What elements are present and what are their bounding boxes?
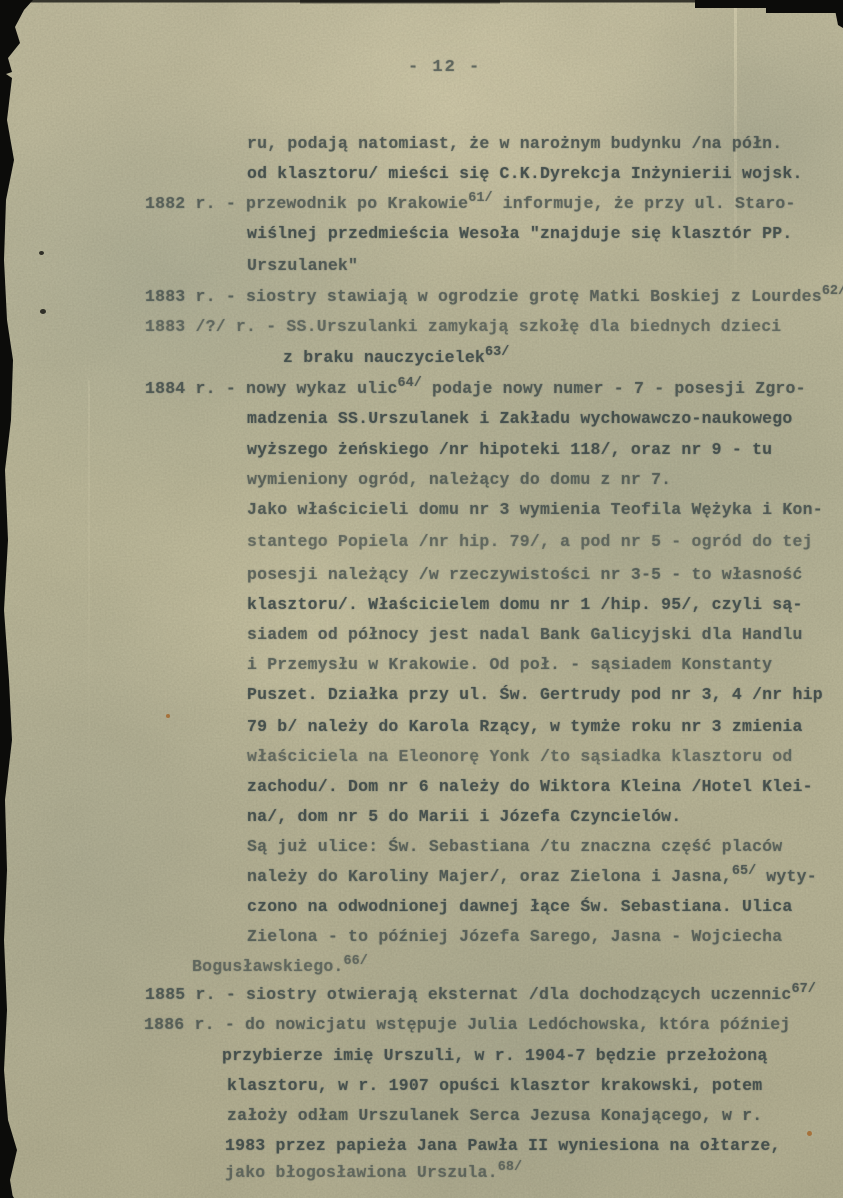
text-line: 1883 r. - siostry stawiają w ogrodzie gr… — [145, 287, 843, 309]
text-line: założy odłam Urszulanek Serca Jezusa Kon… — [227, 1106, 762, 1126]
ink-speck — [39, 251, 44, 255]
text-line: klasztoru/. Właścicielem domu nr 1 /hip.… — [247, 595, 803, 615]
text-line: i Przemysłu w Krakowie. Od poł. - sąsiad… — [247, 655, 772, 675]
text-line: wyższego żeńskiego /nr hipoteki 118/, or… — [247, 440, 772, 460]
text-line: 79 b/ należy do Karola Rzący, w tymże ro… — [247, 717, 803, 737]
ink-speck — [40, 309, 46, 314]
text-line: zachodu/. Dom nr 6 należy do Wiktora Kle… — [247, 777, 813, 797]
text-line: madzenia SS.Urszulanek i Zakładu wychowa… — [247, 409, 793, 429]
typewritten-text-block: ru, podają natomiast, że w narożnym budy… — [0, 0, 843, 1198]
text-line: czono na odwodnionej dawnej łące Św. Seb… — [247, 897, 793, 917]
footnote-mark: 65/ — [732, 864, 756, 879]
text-line: 1883 /?/ r. - SS.Urszulanki zamykają szk… — [145, 317, 781, 337]
footnote-mark: 62/ — [822, 284, 843, 299]
text-line: posesji należący /w rzeczywistości nr 3-… — [247, 565, 803, 585]
text-line: 1884 r. - nowy wykaz ulic64/ podaje nowy… — [145, 379, 806, 401]
text-line: siadem od północy jest nadal Bank Galicy… — [247, 625, 803, 645]
text-line: ru, podają natomiast, że w narożnym budy… — [247, 134, 782, 154]
text-line: 1886 r. - do nowicjatu wstępuje Julia Le… — [144, 1015, 791, 1035]
footnote-mark: 66/ — [344, 954, 368, 969]
text-line: od klasztoru/ mieści się C.K.Dyrekcja In… — [247, 164, 803, 184]
text-line: stantego Popiela /nr hip. 79/, a pod nr … — [247, 532, 813, 552]
footnote-mark: 63/ — [485, 345, 509, 360]
text-line: właściciela na Eleonorę Yonk /to sąsiadk… — [247, 747, 793, 767]
footnote-mark: 67/ — [792, 982, 816, 997]
scanned-typewritten-page: - 12 - ru, podają natomiast, że w narożn… — [0, 0, 843, 1198]
text-line: przybierze imię Urszuli, w r. 1904-7 będ… — [222, 1046, 768, 1066]
text-line: jako błogosławiona Urszula.68/ — [225, 1163, 522, 1185]
text-line: Jako właścicieli domu nr 3 wymienia Teof… — [247, 500, 823, 520]
rust-fleck — [166, 714, 170, 718]
text-line: Są już ulice: Św. Sebastiana /tu znaczna… — [247, 837, 782, 857]
text-line: Zielona - to później Józefa Sarego, Jasn… — [247, 927, 782, 947]
text-line: Bogusławskiego.66/ — [192, 957, 368, 979]
text-line: klasztoru, w r. 1907 opuści klasztor kra… — [227, 1076, 762, 1096]
text-line: 1882 r. - przewodnik po Krakowie61/ info… — [145, 194, 796, 216]
footnote-mark: 68/ — [498, 1160, 522, 1175]
footnote-mark: 64/ — [398, 376, 422, 391]
text-line: 1885 r. - siostry otwierają eksternat /d… — [145, 985, 816, 1007]
text-line: należy do Karoliny Majer/, oraz Zielona … — [247, 867, 817, 889]
text-line: wiślnej przedmieścia Wesoła "znajduje si… — [247, 224, 793, 244]
rust-fleck — [807, 1131, 812, 1136]
text-line: wymieniony ogród, należący do domu z nr … — [247, 470, 671, 490]
footnote-mark: 61/ — [468, 191, 492, 206]
text-line: Urszulanek" — [247, 256, 358, 276]
text-line: z braku nauczycielek63/ — [283, 348, 509, 370]
text-line: na/, dom nr 5 do Marii i Józefa Czynciel… — [247, 807, 681, 827]
text-line: Puszet. Działka przy ul. Św. Gertrudy po… — [247, 685, 823, 705]
text-line: 1983 przez papieża Jana Pawła II wyniesi… — [225, 1136, 781, 1156]
